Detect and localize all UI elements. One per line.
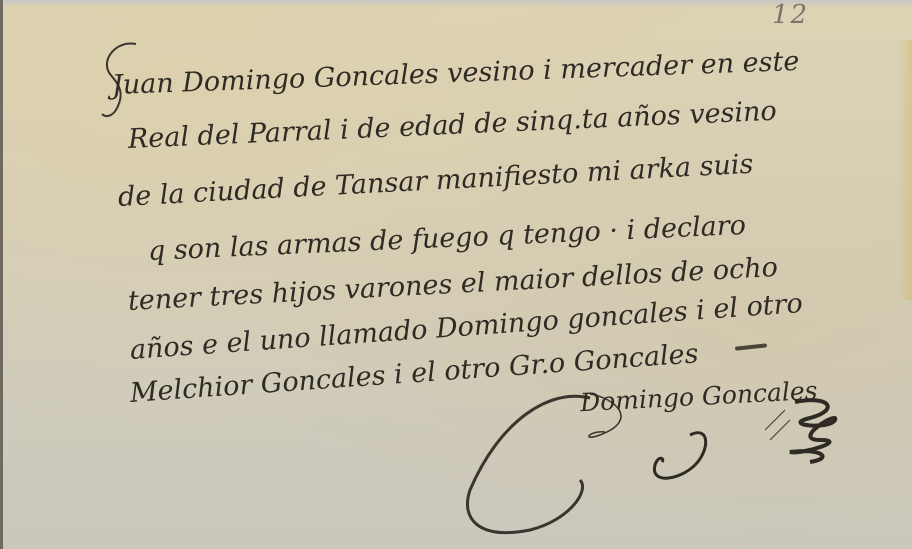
manuscript-line-2: Real del Parral i de edad de sinq.ta año… [127, 96, 777, 155]
folio-number: 12 [772, 0, 809, 30]
paper-left-edge [0, 0, 3, 549]
manuscript-page: 12 Juan Domingo Goncales vesino i mercad… [0, 0, 912, 549]
manuscript-line-3: de la ciudad de Tansar manifiesto mi ark… [117, 149, 754, 213]
manuscript-line-1: Juan Domingo Goncales vesino i mercader … [111, 46, 799, 101]
paper-stain [898, 40, 912, 300]
ink-dash [735, 343, 767, 350]
